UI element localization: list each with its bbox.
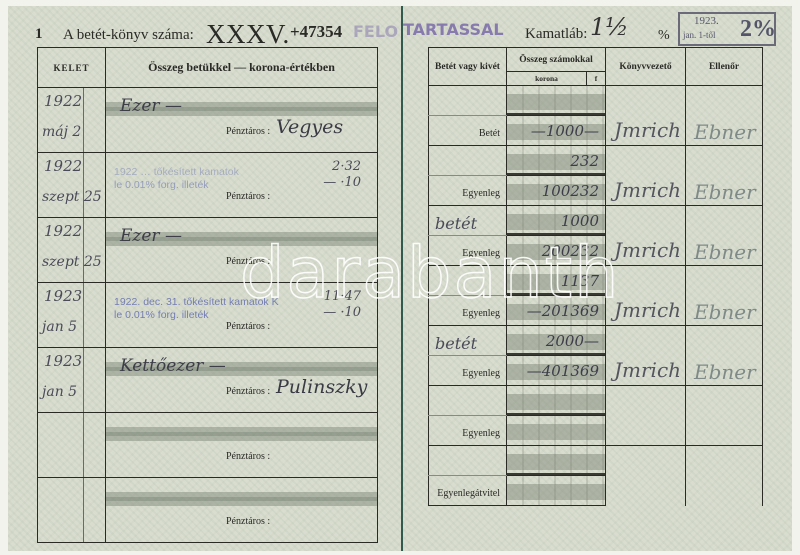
printed-interest-line: 1922. dec. 31. tőkésített kamatok K <box>114 296 279 308</box>
book-number-roman: XXXV. <box>206 19 290 50</box>
bookkeeper-cell <box>606 146 686 176</box>
ledger-row: Betét—1000—JmrichEbner <box>429 116 763 146</box>
date-cell: 1922szept 25 <box>38 153 106 218</box>
ink-stamp-faded: FELO <box>353 22 398 41</box>
entry-day: jan 5 <box>42 384 77 400</box>
right-ledger-table: Betét vagy kivét Összeg számokkal Könyvv… <box>428 47 763 506</box>
controller-cell: Ebner <box>686 116 763 146</box>
entry-type-handwritten: betét <box>435 214 477 233</box>
entry-year: 1923 <box>44 287 82 305</box>
interest-rate-unit: % <box>658 28 670 44</box>
entry-type: Betét <box>479 128 500 139</box>
amount-cell <box>507 416 606 446</box>
date-cell <box>38 478 106 543</box>
book-number-label: A betét-könyv száma: <box>63 27 194 44</box>
amount-figure: 100232 <box>542 182 599 200</box>
ledger-row <box>429 86 763 116</box>
controller-cell: Ebner <box>686 176 763 206</box>
amount-band <box>507 94 605 110</box>
amount-cell: 1000 <box>507 206 606 236</box>
amount-cell: —1000— <box>507 116 606 146</box>
date-divider <box>83 88 84 152</box>
amount-words-column-header: Összeg betükkel — korona-értékben <box>106 48 378 88</box>
bookkeeper-signature: Jmrich <box>614 358 681 382</box>
amount-cell <box>507 386 606 416</box>
amount-figure: 232 <box>570 152 599 170</box>
controller-signature: Ebner <box>694 120 756 144</box>
ledger-row: betét2000— <box>429 326 763 356</box>
type-cell <box>429 386 507 416</box>
bookkeeper-cell <box>606 416 686 446</box>
amount-cell: 200232 <box>507 236 606 266</box>
amount-in-words: Ezer — <box>120 96 182 116</box>
entry-type: Egyenleg <box>462 308 500 319</box>
controller-cell <box>686 146 763 176</box>
amount-words-cell: Ezer —Pénztáros : <box>106 218 378 283</box>
date-divider <box>83 283 84 347</box>
bookkeeper-cell <box>606 266 686 296</box>
interest-figure: 11·47 <box>324 289 361 304</box>
interest-rate-label: Kamatláb: <box>525 26 587 43</box>
date-cell: 1923jan 5 <box>38 283 106 348</box>
ledger-row: 1137 <box>429 266 763 296</box>
type-cell: Egyenleg <box>429 416 507 446</box>
amount-figure: 1137 <box>561 272 599 290</box>
bookkeeper-cell <box>606 386 686 416</box>
ledger-row: Pénztáros : <box>38 478 378 543</box>
controller-cell <box>686 86 763 116</box>
type-cell: betét <box>429 326 507 356</box>
type-cell <box>429 86 507 116</box>
controller-cell <box>686 266 763 296</box>
fee-figure: — ·10 <box>323 305 361 320</box>
cashier-label: Pénztáros : <box>226 321 270 332</box>
amount-words-cell: Pénztáros : <box>106 413 378 478</box>
bookkeeper-cell <box>606 446 686 476</box>
amount-band <box>106 492 377 506</box>
bookkeeper-cell: Jmrich <box>606 236 686 266</box>
date-divider <box>83 478 84 542</box>
ledger-row: 1922szept 251922 … tőkésített kamatokle … <box>38 153 378 218</box>
bookkeeper-cell: Jmrich <box>606 116 686 146</box>
cashier-signature: Pulinszky <box>276 376 367 398</box>
controller-signature: Ebner <box>694 360 756 384</box>
type-cell <box>429 146 507 176</box>
entry-type: Egyenleg <box>462 248 500 259</box>
amount-figures-column-header: Összeg számokkal <box>507 48 606 72</box>
bookkeeper-signature: Jmrich <box>614 178 681 202</box>
ledger-row: Egyenleg—201369JmrichEbner <box>429 296 763 326</box>
entry-year: 1922 <box>44 222 82 240</box>
entry-year: 1922 <box>44 157 82 175</box>
amount-figure: —201369 <box>527 302 599 320</box>
rate-stamp-date: jan. 1-től <box>683 30 716 40</box>
entry-type: Egyenlegátvitel <box>437 488 500 499</box>
amount-band <box>507 394 605 410</box>
bookkeeper-cell: Jmrich <box>606 176 686 206</box>
date-cell <box>38 413 106 478</box>
cashier-label: Pénztáros : <box>226 191 270 202</box>
controller-cell <box>686 206 763 236</box>
korona-subheader: korona <box>507 72 587 86</box>
amount-figure: 1000 <box>561 212 599 230</box>
page-number: 1 <box>35 26 43 43</box>
ledger-row: 1922szept 25Ezer —Pénztáros : <box>38 218 378 283</box>
date-divider <box>83 218 84 282</box>
bookkeeper-signature: Jmrich <box>614 238 681 262</box>
amount-figure: —401369 <box>527 362 599 380</box>
ledger-row: 232 <box>429 146 763 176</box>
amount-cell: —401369 <box>507 356 606 386</box>
date-column-header: KELET <box>38 48 106 88</box>
amount-words-cell: Pénztáros : <box>106 478 378 543</box>
amount-words-cell: Kettőezer —Pénztáros :Pulinszky <box>106 348 378 413</box>
controller-signature: Ebner <box>694 180 756 204</box>
interest-rate-value: 1½ <box>590 13 629 41</box>
entry-type: Egyenleg <box>462 188 500 199</box>
type-cell <box>429 446 507 476</box>
date-divider <box>83 153 84 217</box>
bookkeeper-cell <box>606 86 686 116</box>
amount-band <box>507 484 605 500</box>
amount-words-cell: Ezer —Pénztáros :Vegyes <box>106 88 378 153</box>
type-cell: betét <box>429 206 507 236</box>
controller-cell <box>686 416 763 446</box>
book-serial-number: +47354 <box>290 22 342 42</box>
entry-type: Egyenleg <box>462 428 500 439</box>
entry-day: jan 5 <box>42 319 77 335</box>
controller-signature: Ebner <box>694 240 756 264</box>
entry-day: szept 25 <box>42 189 102 205</box>
ledger-row: 1923jan 51922. dec. 31. tőkésített kamat… <box>38 283 378 348</box>
amount-figure: 2000— <box>546 332 599 350</box>
printed-interest-line: 1922 … tőkésített kamatok <box>114 166 239 178</box>
entry-day: máj 2 <box>42 124 81 140</box>
printed-fee-line: le 0.01% forg. illeték <box>114 309 209 321</box>
type-cell: Egyenleg <box>429 296 507 326</box>
amount-cell: 100232 <box>507 176 606 206</box>
type-column-header: Betét vagy kivét <box>429 48 507 86</box>
type-cell: Egyenleg <box>429 176 507 206</box>
amount-band <box>507 454 605 470</box>
type-cell: Betét <box>429 116 507 146</box>
type-cell: Egyenleg <box>429 236 507 266</box>
controller-cell <box>686 386 763 416</box>
rate-stamp-year: 1923. <box>694 15 719 27</box>
amount-in-words: Ezer — <box>120 226 182 246</box>
ledger-row: 1923jan 5Kettőezer —Pénztáros :Pulinszky <box>38 348 378 413</box>
entry-type: Egyenleg <box>462 368 500 379</box>
bookkeeper-cell <box>606 476 686 506</box>
amount-words-cell: 1922. dec. 31. tőkésített kamatok Kle 0.… <box>106 283 378 348</box>
bookkeeper-cell: Jmrich <box>606 356 686 386</box>
bookkeeper-signature: Jmrich <box>614 298 681 322</box>
amount-figure: —1000— <box>531 122 599 140</box>
amount-words-cell: 1922 … tőkésített kamatokle 0.01% forg. … <box>106 153 378 218</box>
amount-band <box>507 424 605 440</box>
bookkeeper-column-header: Könyvvezető <box>606 48 686 86</box>
filler-subheader: f <box>587 72 606 86</box>
controller-cell <box>686 476 763 506</box>
ledger-row: betét1000 <box>429 206 763 236</box>
interest-figure: 2·32 <box>332 159 361 174</box>
ledger-row: Egyenleg200232JmrichEbner <box>429 236 763 266</box>
controller-cell <box>686 446 763 476</box>
amount-cell <box>507 476 606 506</box>
date-cell: 1922szept 25 <box>38 218 106 283</box>
date-divider <box>83 348 84 412</box>
ledger-row: Egyenleg100232JmrichEbner <box>429 176 763 206</box>
cashier-label: Pénztáros : <box>226 386 270 397</box>
amount-cell: 232 <box>507 146 606 176</box>
amount-cell <box>507 446 606 476</box>
ink-stamp: TARTASSAL <box>403 20 504 39</box>
bookkeeper-cell <box>606 206 686 236</box>
cashier-label: Pénztáros : <box>226 451 270 462</box>
entry-type-handwritten: betét <box>435 334 477 353</box>
cashier-label: Pénztáros : <box>226 126 270 137</box>
controller-cell: Ebner <box>686 356 763 386</box>
bookkeeper-cell <box>606 326 686 356</box>
ledger-row <box>429 446 763 476</box>
amount-in-words: Kettőezer — <box>120 356 226 376</box>
entry-day: szept 25 <box>42 254 102 270</box>
date-cell: 1923jan 5 <box>38 348 106 413</box>
amount-cell <box>507 86 606 116</box>
type-cell <box>429 266 507 296</box>
ledger-row: 1922máj 2Ezer —Pénztáros :Vegyes <box>38 88 378 153</box>
entry-year: 1923 <box>44 352 82 370</box>
controller-cell: Ebner <box>686 236 763 266</box>
date-divider <box>83 413 84 477</box>
type-cell: Egyenlegátvitel <box>429 476 507 506</box>
rate-stamp-rate: 2% <box>740 16 776 43</box>
ledger-row: Pénztáros : <box>38 413 378 478</box>
ledger-row: Egyenlegátvitel <box>429 476 763 506</box>
amount-figure: 200232 <box>542 242 599 260</box>
type-cell: Egyenleg <box>429 356 507 386</box>
entry-year: 1922 <box>44 92 82 110</box>
controller-column-header: Ellenőr <box>686 48 763 86</box>
book-spine <box>401 6 403 551</box>
ledger-row: Egyenleg—401369JmrichEbner <box>429 356 763 386</box>
controller-cell <box>686 326 763 356</box>
bookkeeper-cell: Jmrich <box>606 296 686 326</box>
left-ledger-table: KELET Összeg betükkel — korona-értékben … <box>37 47 378 543</box>
amount-cell: 2000— <box>507 326 606 356</box>
cashier-label: Pénztáros : <box>226 516 270 527</box>
cashier-label: Pénztáros : <box>226 256 270 267</box>
ledger-row: Egyenleg <box>429 416 763 446</box>
controller-cell: Ebner <box>686 296 763 326</box>
amount-band <box>106 427 377 441</box>
amount-cell: 1137 <box>507 266 606 296</box>
printed-fee-line: le 0.01% forg. illeték <box>114 179 209 191</box>
bookkeeper-signature: Jmrich <box>614 118 681 142</box>
fee-figure: — ·10 <box>323 175 361 190</box>
ledger-row <box>429 386 763 416</box>
date-cell: 1922máj 2 <box>38 88 106 153</box>
amount-cell: —201369 <box>507 296 606 326</box>
controller-signature: Ebner <box>694 300 756 324</box>
cashier-signature: Vegyes <box>276 116 343 138</box>
rate-change-stamp: 1923. jan. 1-től 2% <box>678 12 776 46</box>
